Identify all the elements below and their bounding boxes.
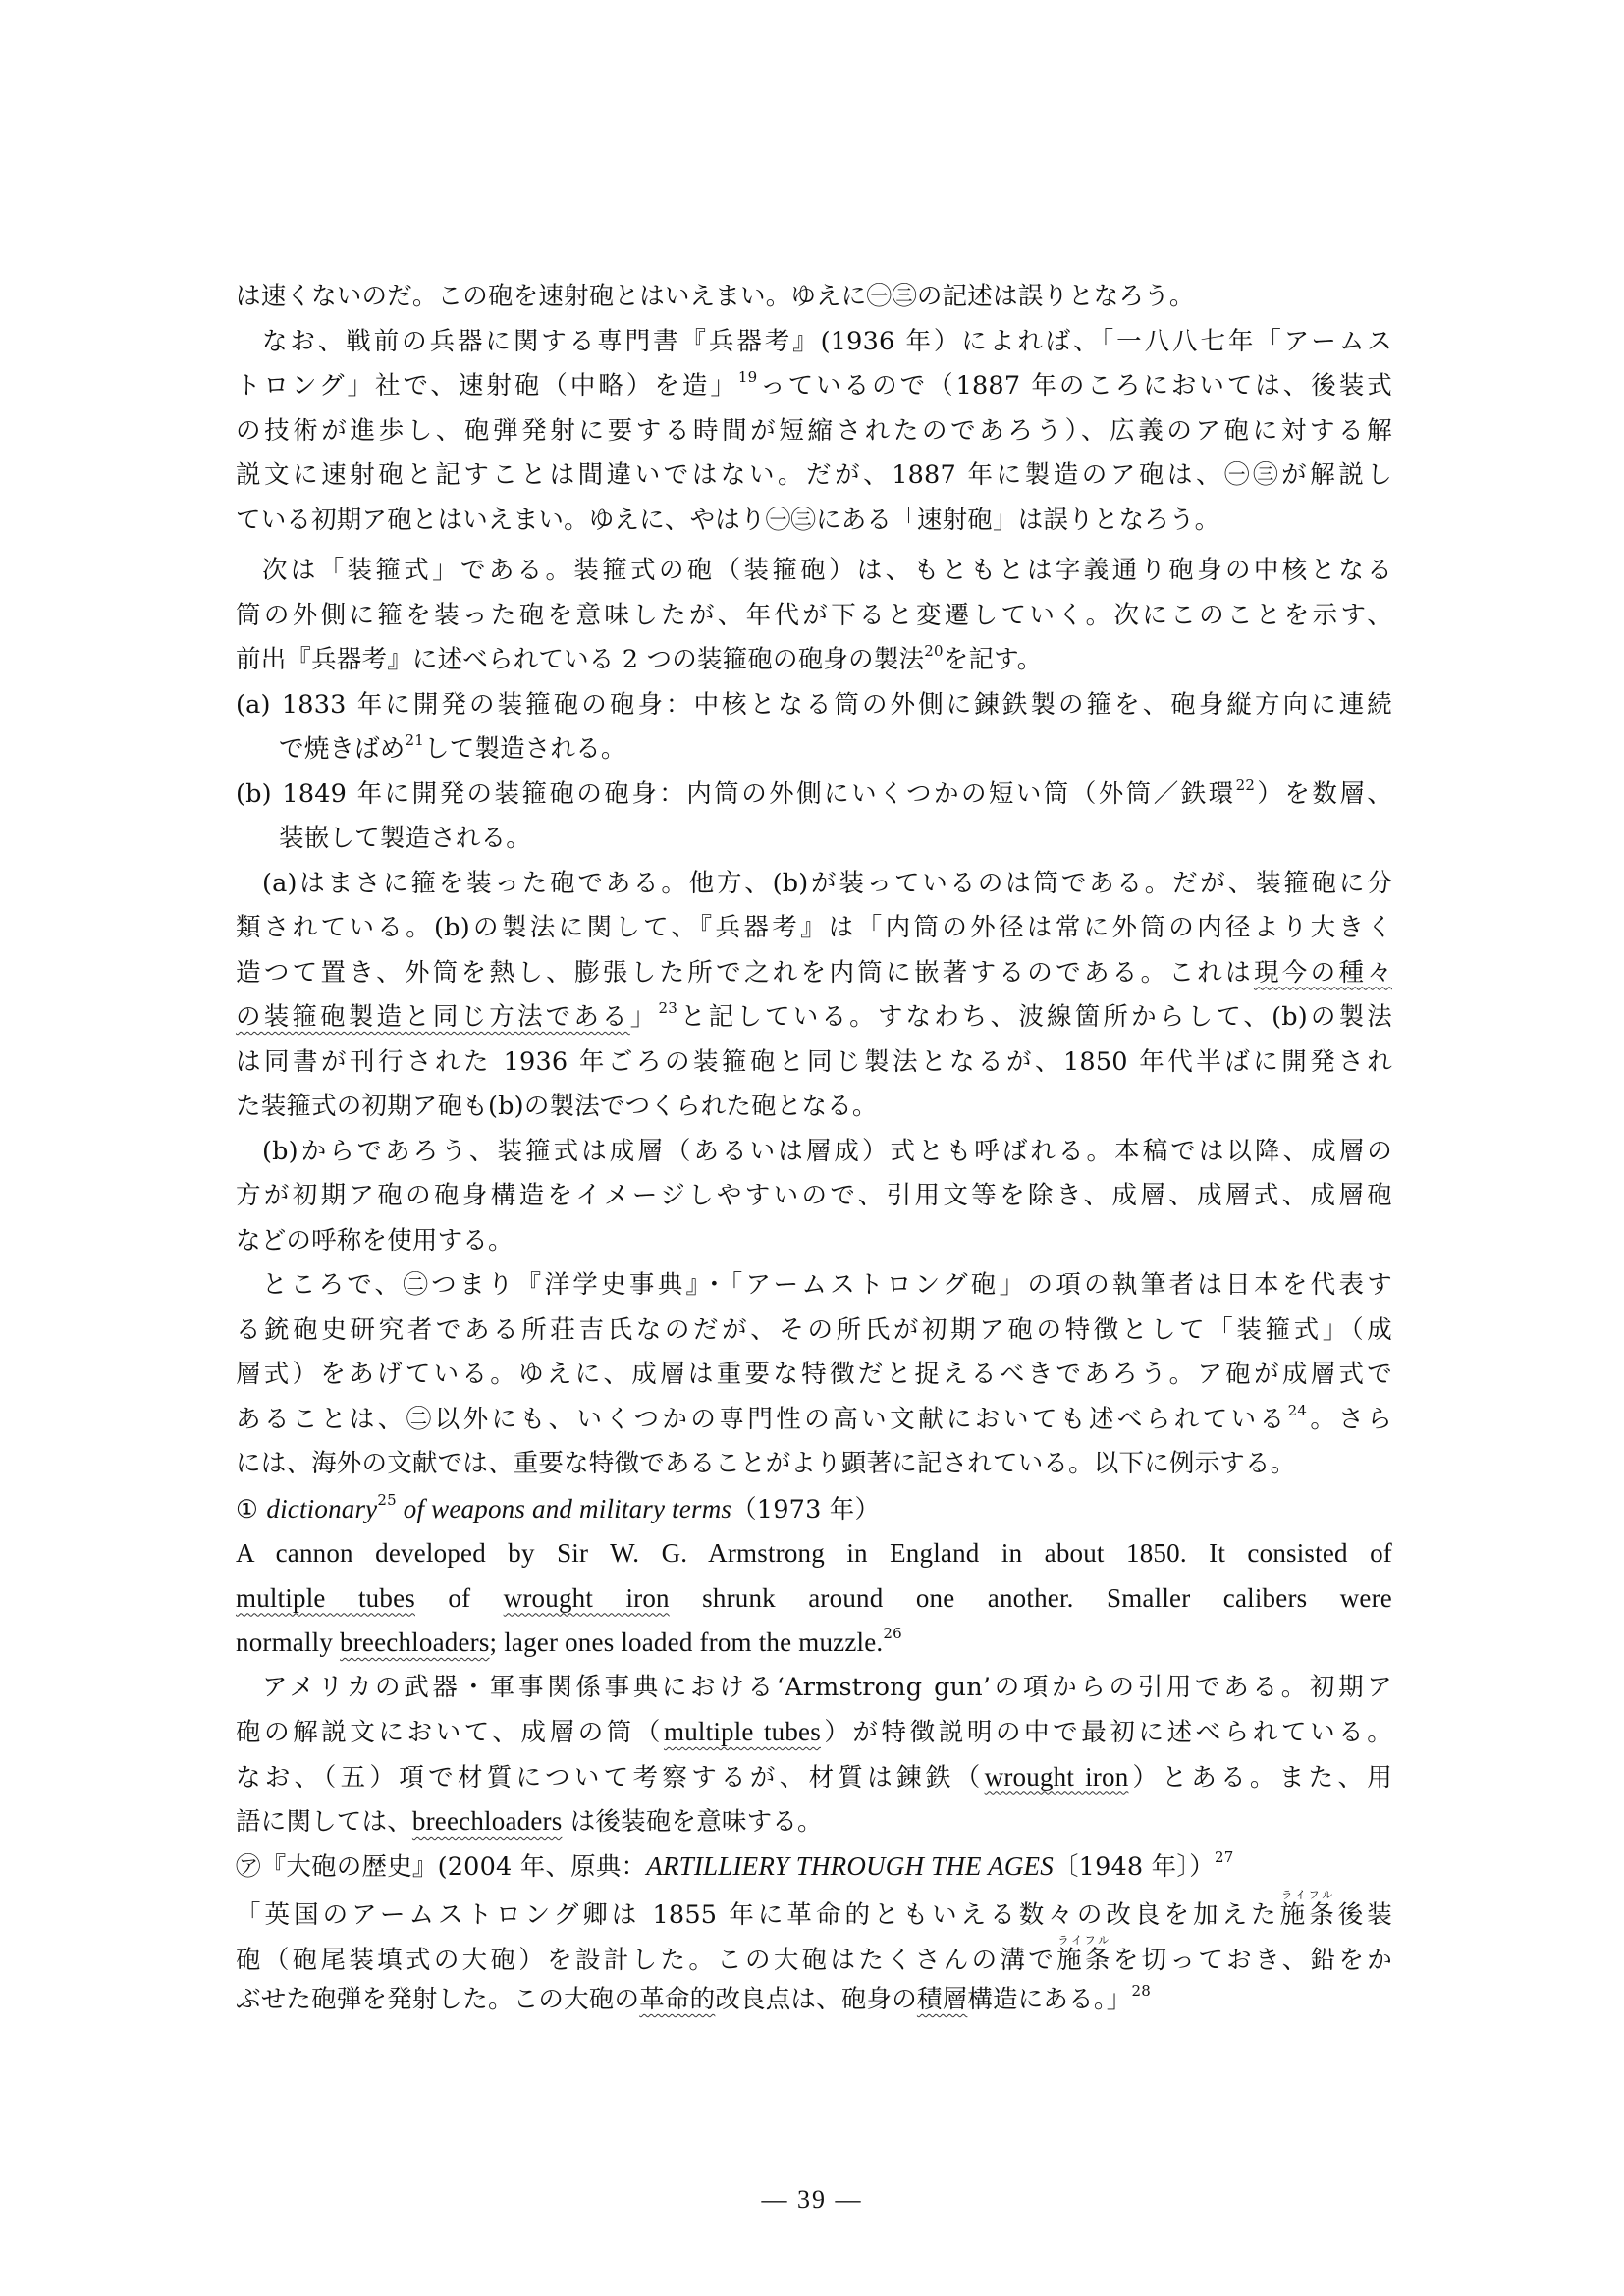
text-line: (b) 1849 年に開発の装箍砲の砲身：内筒の外側にいくつかの短い筒（外筒／鉄… <box>236 773 1392 818</box>
text-line: 方が初期ア砲の砲身構造をイメージしやすいので、引用文等を除き、成層、成層式、成層… <box>236 1174 1392 1219</box>
text-run: 後装 <box>1338 1900 1392 1930</box>
text-line: 筒の外側に箍を装った砲を意味したが、年代が下ると変遷していく。次にこのことを示す… <box>236 594 1392 639</box>
page-number: — 39 — <box>0 2185 1624 2215</box>
text-run: ; lager ones loaded from the muzzle. <box>490 1628 884 1657</box>
paragraph-p5: (b)からであろう、装箍式は成層（あるいは層成）式とも呼ばれる。本稿では以降、成… <box>236 1130 1392 1264</box>
text-run: ㋐『大砲の歴史』(2004 年、原典： <box>236 1852 646 1882</box>
footnote-ref[interactable]: 27 <box>1215 1848 1234 1866</box>
text-run: 造つて置き、外筒を熱し、膨張した所で之れを内筒に嵌著するのである。これは <box>236 958 1254 988</box>
text-run: 類されている。(b)の製法に関して、『兵器考』は「内筒の外径は常に外筒の内径より… <box>236 913 1392 942</box>
text-line: 次は「装箍式」である。装箍式の砲（装箍砲）は、もともとは字義通り砲身の中核となる <box>236 549 1392 594</box>
wavy-underlined-text: 革命的 <box>639 1985 715 2014</box>
paragraph-p2: なお、戦前の兵器に関する専門書『兵器考』(1936 年）によれば、「一八八七年「… <box>236 320 1392 544</box>
ruby-text: 施条ライフル <box>1056 1946 1113 1975</box>
ruby-base: 施条 <box>1280 1900 1338 1930</box>
wavy-underlined-text: 現今の種々 <box>1254 958 1392 988</box>
text-line: には、海外の文献では、重要な特徴であることがより顕著に記されている。以下に例示す… <box>236 1442 1392 1487</box>
text-run: shrunk around one another. Smaller calib… <box>670 1583 1392 1613</box>
footnote-ref[interactable]: 20 <box>924 642 944 660</box>
footnote-ref[interactable]: 21 <box>406 731 425 749</box>
text-line: (a)はまさに箍を装った砲である。他方、(b)が装っているのは筒である。だが、装… <box>236 862 1392 907</box>
text-run: して製造される。 <box>424 734 626 764</box>
text-run: っているので（1887 年のころにおいては、後装式 <box>757 371 1392 400</box>
text-run: なお、（五）項で材質について考察するが、材質は錬鉄（ <box>236 1763 985 1792</box>
text-line: で焼きばめ21して製造される。 <box>236 727 1392 773</box>
text-line: 装嵌して製造される。 <box>236 817 1392 862</box>
text-line: 層式）をあげている。ゆえに、成層は重要な特徴だと捉えるべきであろう。ア砲が成層式… <box>236 1353 1392 1398</box>
text-line: ㋐『大砲の歴史』(2004 年、原典：ARTILLIERY THROUGH TH… <box>236 1844 1392 1890</box>
text-line: 説文に速射砲と記すことは間違いではない。だが、1887 年に製造のア砲は、㊀㊂が… <box>236 454 1392 499</box>
text-line: 砲の解説文において、成層の筒（multiple tubes）が特徴説明の中で最初… <box>236 1710 1392 1755</box>
text-line: ① dictionary25 of weapons and military t… <box>236 1487 1392 1532</box>
text-run: と記している。すなわち、波線箇所からして、(b)の製法 <box>677 1002 1392 1032</box>
text-line: 造つて置き、外筒を熱し、膨張した所で之れを内筒に嵌著するのである。これは現今の種… <box>236 951 1392 996</box>
text-run: 。さら <box>1307 1405 1392 1434</box>
text-line: ている初期ア砲とはいえまい。ゆえに、やはり㊀㊂にある「速射砲」は誤りとなろう。 <box>236 499 1392 544</box>
text-run: る銃砲史研究者である所荘吉氏なのだが、その所氏が初期ア砲の特徴として「装箍式」（… <box>236 1315 1392 1345</box>
text-run: 「英国のアームストロング卿は 1855 年に革命的ともいえる数々の改良を加えた <box>236 1900 1280 1930</box>
text-run: 砲の解説文において、成層の筒（ <box>236 1718 664 1747</box>
text-run: 語に関しては、 <box>236 1807 412 1837</box>
text-line: multiple tubes of wrought iron shrunk ar… <box>236 1576 1392 1622</box>
footnote-ref[interactable]: 25 <box>377 1491 397 1509</box>
text-line: あることは、㊁以外にも、いくつかの専門性の高い文献においても述べられている24。… <box>236 1398 1392 1443</box>
text-run: は後装砲を意味する。 <box>562 1807 822 1837</box>
text-run: (b) 1849 年に開発の装箍砲の砲身：内筒の外側にいくつかの短い筒（外筒／鉄… <box>236 779 1236 809</box>
footnote-ref[interactable]: 24 <box>1288 1402 1308 1419</box>
wavy-underlined-text: の装箍砲製造と同じ方法である <box>236 1002 630 1032</box>
text-run: 装嵌して製造される。 <box>279 824 531 853</box>
text-line: などの呼称を使用する。 <box>236 1219 1392 1264</box>
footnote-ref[interactable]: 26 <box>883 1625 902 1642</box>
wavy-underlined-text: 積層 <box>917 1985 967 2014</box>
text-run: 次は「装箍式」である。装箍式の砲（装箍砲）は、もともとは字義通り砲身の中核となる <box>262 556 1392 585</box>
text-line: (a) 1833 年に開発の装箍砲の砲身：中核となる筒の外側に錬鉄製の箍を、砲身… <box>236 683 1392 728</box>
text-line: A cannon developed by Sir W. G. Armstron… <box>236 1531 1392 1576</box>
text-run: には、海外の文献では、重要な特徴であることがより顕著に記されている。以下に例示す… <box>236 1449 1295 1478</box>
paragraph-p6: ところで、㊁つまり『洋学史事典』・「アームストロング砲」の項の執筆者は日本を代表… <box>236 1263 1392 1487</box>
document-page: は速くないのだ。この砲を速射砲とはいえまい。ゆえに㊀㊂の記述は誤りとなろう。なお… <box>236 275 1392 2023</box>
text-run: なお、戦前の兵器に関する専門書『兵器考』(1936 年）によれば、「一八八七年「… <box>262 327 1392 356</box>
text-run: 方が初期ア砲の砲身構造をイメージしやすいので、引用文等を除き、成層、成層式、成層… <box>236 1181 1392 1210</box>
ruby-base: 施条 <box>1056 1946 1113 1975</box>
paragraph-list-a: (a) 1833 年に開発の装箍砲の砲身：中核となる筒の外側に錬鉄製の箍を、砲身… <box>236 683 1392 773</box>
wavy-underlined-text: wrought iron <box>504 1583 670 1613</box>
ruby-text: 施条ライフル <box>1280 1900 1338 1930</box>
text-line: 前出『兵器考』に述べられている 2 つの装箍砲の砲身の製法20を記す。 <box>236 638 1392 683</box>
footnote-ref[interactable]: 22 <box>1236 776 1256 794</box>
text-line: は同書が刊行された 1936 年ごろの装箍砲と同じ製法となるが、1850 年代半… <box>236 1041 1392 1086</box>
text-run: 改良点は、砲身の <box>715 1985 917 2014</box>
text-run: (a) 1833 年に開発の装箍砲の砲身：中核となる筒の外側に錬鉄製の箍を、砲身… <box>236 690 1392 720</box>
text-run: は速くないのだ。この砲を速射砲とはいえまい。ゆえに㊀㊂の記述は誤りとなろう。 <box>236 282 1195 311</box>
text-line: アメリカの武器・軍事関係事典における‘Armstrong gun’の項からの引用… <box>236 1666 1392 1711</box>
text-run: 筒の外側に箍を装った砲を意味したが、年代が下ると変遷していく。次にこのことを示す… <box>236 601 1392 630</box>
text-run: 前出『兵器考』に述べられている 2 つの装箍砲の砲身の製法 <box>236 645 924 674</box>
ruby-annotation: ライフル <box>1280 1889 1334 1901</box>
text-line: normally breechloaders; lager ones loade… <box>236 1621 1392 1666</box>
text-line: ぶせた砲弾を発射した。この大砲の革命的改良点は、砲身の積層構造にある。」28 <box>236 1978 1392 2023</box>
text-run: あることは、㊁以外にも、いくつかの専門性の高い文献においても述べられている <box>236 1405 1288 1434</box>
text-run: ところで、㊁つまり『洋学史事典』・「アームストロング砲」の項の執筆者は日本を代表… <box>262 1270 1392 1300</box>
paragraph-p3: 次は「装箍式」である。装箍式の砲（装箍砲）は、もともとは字義通り砲身の中核となる… <box>236 549 1392 683</box>
paragraph-ref-7-title: ㋐『大砲の歴史』(2004 年、原典：ARTILLIERY THROUGH TH… <box>236 1844 1392 1890</box>
text-run: 〔1948 年〕） <box>1054 1852 1215 1882</box>
text-run: normally <box>236 1628 340 1657</box>
text-line: は速くないのだ。この砲を速射砲とはいえまい。ゆえに㊀㊂の記述は誤りとなろう。 <box>236 275 1392 320</box>
paragraph-p4: (a)はまさに箍を装った砲である。他方、(b)が装っているのは筒である。だが、装… <box>236 862 1392 1130</box>
text-run: を切っておき、鉛をか <box>1113 1946 1392 1975</box>
paragraph-p7: アメリカの武器・軍事関係事典における‘Armstrong gun’の項からの引用… <box>236 1666 1392 1844</box>
text-run: などの呼称を使用する。 <box>236 1226 514 1255</box>
text-run: 層式）をあげている。ゆえに、成層は重要な特徴だと捉えるべきであろう。ア砲が成層式… <box>236 1360 1392 1389</box>
italic-title: dictionary <box>266 1494 377 1523</box>
text-run: ）を数層、 <box>1255 779 1392 809</box>
footnote-ref[interactable]: 28 <box>1131 1982 1151 2000</box>
text-line: 砲（砲尾装填式の大砲）を設計した。この大砲はたくさんの溝で施条ライフルを切ってお… <box>236 1934 1392 1979</box>
text-line: る銃砲史研究者である所荘吉氏なのだが、その所氏が初期ア砲の特徴として「装箍式」（… <box>236 1308 1392 1354</box>
text-run: ）とある。また、用 <box>1128 1763 1392 1792</box>
text-run: ている初期ア砲とはいえまい。ゆえに、やはり㊀㊂にある「速射砲」は誤りとなろう。 <box>236 506 1219 535</box>
italic-title: of weapons and military terms <box>397 1494 731 1523</box>
text-run: トロング」社で、速射砲（中略）を造」 <box>236 371 738 400</box>
wavy-underlined-text: breechloaders <box>412 1806 563 1836</box>
text-run: of <box>415 1583 504 1613</box>
text-run: た装箍式の初期ア砲も(b)の製法でつくられた砲となる。 <box>236 1092 878 1121</box>
text-line: 類されている。(b)の製法に関して、『兵器考』は「内筒の外径は常に外筒の内径より… <box>236 906 1392 951</box>
wavy-underlined-text: breechloaders <box>340 1628 490 1657</box>
text-run: ）が特徴説明の中で最初に述べられている。 <box>821 1718 1392 1747</box>
text-run: で焼きばめ <box>279 734 406 764</box>
text-run: ① <box>236 1495 266 1524</box>
text-run: (a)はまさに箍を装った砲である。他方、(b)が装っているのは筒である。だが、装… <box>262 869 1392 898</box>
text-run: (b)からであろう、装箍式は成層（あるいは層成）式とも呼ばれる。本稿では以降、成… <box>262 1137 1392 1166</box>
text-line: なお、戦前の兵器に関する専門書『兵器考』(1936 年）によれば、「一八八七年「… <box>236 320 1392 365</box>
italic-title: ARTILLIERY THROUGH THE AGES <box>646 1851 1054 1881</box>
text-run: 」 <box>630 1002 659 1032</box>
text-run: 構造にある。」 <box>967 1985 1131 2014</box>
text-run: ぶせた砲弾を発射した。この大砲の <box>236 1985 639 2014</box>
wavy-underlined-text: wrought iron <box>985 1762 1129 1791</box>
text-line: 語に関しては、breechloaders は後装砲を意味する。 <box>236 1799 1392 1844</box>
text-run: は同書が刊行された 1936 年ごろの装箍砲と同じ製法となるが、1850 年代半… <box>236 1047 1392 1077</box>
paragraph-p1: は速くないのだ。この砲を速射砲とはいえまい。ゆえに㊀㊂の記述は誤りとなろう。 <box>236 275 1392 320</box>
wavy-underlined-text: multiple tubes <box>236 1583 415 1613</box>
ruby-annotation: ライフル <box>1056 1934 1110 1947</box>
text-line: た装箍式の初期ア砲も(b)の製法でつくられた砲となる。 <box>236 1085 1392 1130</box>
text-line: なお、（五）項で材質について考察するが、材質は錬鉄（wrought iron）と… <box>236 1755 1392 1800</box>
text-line: の技術が進歩し、砲弾発射に要する時間が短縮されたのであろう）、広義のア砲に対する… <box>236 409 1392 454</box>
paragraph-list-b: (b) 1849 年に開発の装箍砲の砲身：内筒の外側にいくつかの短い筒（外筒／鉄… <box>236 773 1392 862</box>
footnote-ref[interactable]: 23 <box>658 999 677 1017</box>
text-line: トロング」社で、速射砲（中略）を造」19っているので（1887 年のころにおいて… <box>236 364 1392 409</box>
text-run: （1973 年） <box>731 1495 880 1524</box>
footnote-ref[interactable]: 19 <box>738 368 758 386</box>
text-run: を記す。 <box>944 645 1043 674</box>
text-run: の技術が進歩し、砲弾発射に要する時間が短縮されたのであろう）、広義のア砲に対する… <box>236 416 1392 446</box>
wavy-underlined-text: multiple tubes <box>664 1717 821 1746</box>
paragraph-ref-1-quote: A cannon developed by Sir W. G. Armstron… <box>236 1531 1392 1666</box>
text-run: アメリカの武器・軍事関係事典における‘Armstrong gun’の項からの引用… <box>262 1673 1392 1702</box>
text-run: A cannon developed by Sir W. G. Armstron… <box>236 1538 1392 1568</box>
text-line: (b)からであろう、装箍式は成層（あるいは層成）式とも呼ばれる。本稿では以降、成… <box>236 1130 1392 1175</box>
paragraph-ref-7-quote: 「英国のアームストロング卿は 1855 年に革命的ともいえる数々の改良を加えた施… <box>236 1889 1392 2023</box>
text-line: ところで、㊁つまり『洋学史事典』・「アームストロング砲」の項の執筆者は日本を代表… <box>236 1263 1392 1308</box>
text-line: の装箍砲製造と同じ方法である」23と記している。すなわち、波線箇所からして、(b… <box>236 995 1392 1041</box>
text-run: 説文に速射砲と記すことは間違いではない。だが、1887 年に製造のア砲は、㊀㊂が… <box>236 460 1392 490</box>
paragraph-ref-1-title: ① dictionary25 of weapons and military t… <box>236 1487 1392 1532</box>
text-line: 「英国のアームストロング卿は 1855 年に革命的ともいえる数々の改良を加えた施… <box>236 1889 1392 1934</box>
text-run: 砲（砲尾装填式の大砲）を設計した。この大砲はたくさんの溝で <box>236 1946 1056 1975</box>
